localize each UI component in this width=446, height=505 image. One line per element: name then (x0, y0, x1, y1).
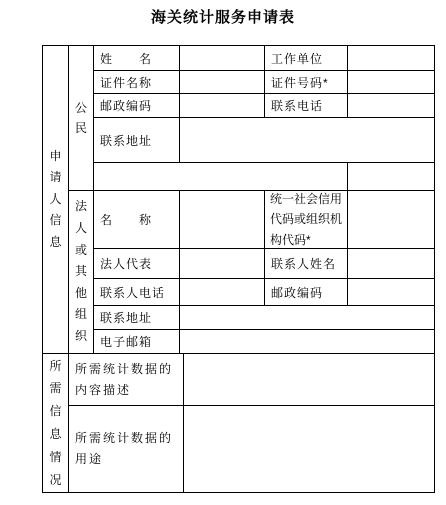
citizen-address-label: 联系地址 (94, 118, 180, 163)
legal-contact-phone-label: 联系人电话 (94, 279, 180, 306)
legal-name-label: 名 称 (94, 191, 180, 249)
citizen-id-type-label: 证件名称 (94, 71, 180, 94)
data-content-description-value-cell (184, 354, 434, 406)
citizen-extra-left-cell (94, 163, 348, 191)
legal-credit-code-label: 统一社会信用代码或组织机构代码* (265, 191, 348, 249)
citizen-id-type-value-cell (180, 71, 265, 94)
data-purpose-value-cell (184, 406, 434, 492)
citizen-phone-value-cell (348, 94, 434, 118)
legal-representative-label: 法人代表 (94, 249, 180, 279)
legal-contact-phone-value-cell (180, 279, 265, 306)
required-info-grid: 所 需 信 息 情 况 所需统计数据的内容描述 所需统计数据的用途 (43, 354, 434, 492)
citizen-address-value-cell (180, 118, 434, 163)
citizen-postal-code-label: 邮政编码 (94, 94, 180, 118)
citizen-id-number-value-cell (348, 71, 434, 94)
citizen-section-header: 公 民 (69, 46, 94, 191)
legal-entity-section-header: 法 人 或 其 他 组 织 (69, 191, 94, 354)
legal-postal-code-value-cell (348, 279, 434, 306)
citizen-work-unit-label: 工作单位 (265, 46, 348, 71)
legal-credit-code-value-cell (348, 191, 434, 249)
citizen-phone-label: 联系电话 (265, 94, 348, 118)
legal-contact-name-label: 联系人姓名 (265, 249, 348, 279)
citizen-work-unit-value-cell (348, 46, 434, 71)
citizen-id-number-label: 证件号码* (265, 71, 348, 94)
form-page: 海关统计服务申请表 申 请 人 信 息 公 民 姓 名 工作单位 证件名称 证件… (0, 0, 446, 505)
legal-postal-code-label: 邮政编码 (265, 279, 348, 306)
applicant-section-header: 申 请 人 信 息 (43, 46, 69, 354)
data-purpose-label: 所需统计数据的用途 (69, 406, 184, 492)
required-info-section-header: 所 需 信 息 情 况 (43, 354, 69, 492)
applicant-info-grid: 申 请 人 信 息 公 民 姓 名 工作单位 证件名称 证件号码* 邮政编码 联… (43, 46, 434, 354)
citizen-name-label: 姓 名 (94, 46, 180, 71)
data-content-description-label: 所需统计数据的内容描述 (69, 354, 184, 406)
legal-address-label: 联系地址 (94, 306, 180, 330)
form-title: 海关统计服务申请表 (0, 6, 446, 27)
citizen-name-value-cell (180, 46, 265, 71)
legal-email-label: 电子邮箱 (94, 330, 180, 354)
legal-representative-value-cell (180, 249, 265, 279)
legal-contact-name-value-cell (348, 249, 434, 279)
legal-name-value-cell (180, 191, 265, 249)
citizen-extra-right-cell (348, 163, 434, 191)
legal-address-value-cell (180, 306, 434, 330)
application-form-table: 申 请 人 信 息 公 民 姓 名 工作单位 证件名称 证件号码* 邮政编码 联… (42, 45, 435, 493)
legal-email-value-cell (180, 330, 434, 354)
citizen-postal-code-value-cell (180, 94, 265, 118)
